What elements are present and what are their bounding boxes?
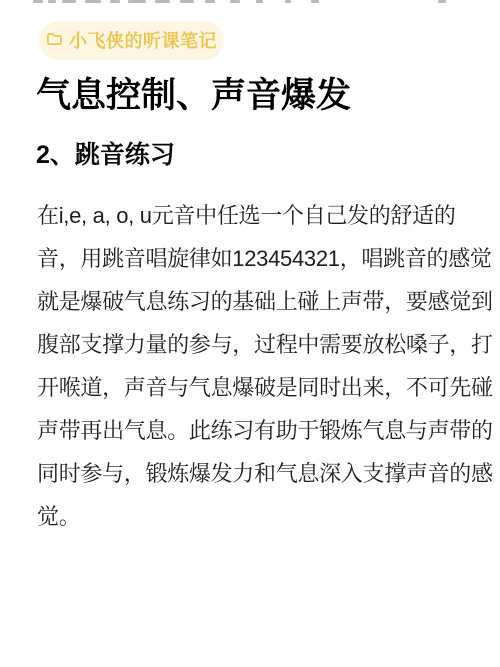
folder-icon xyxy=(46,31,63,48)
paragraph-line: 同时参与，锻炼爆发力和气息深入支撑声音的感 xyxy=(37,452,495,495)
note-card: 小飞侠的听课笔记 气息控制、声音爆发 2、跳音练习 在i,e, a, o, u元… xyxy=(0,0,500,667)
paragraph-line: 音，用跳音唱旋律如123454321，唱跳音的感觉 xyxy=(37,237,495,280)
author-badge[interactable]: 小飞侠的听课笔记 xyxy=(40,21,223,58)
paragraph-line: 声带再出气息。此练习有助于锻炼气息与声带的 xyxy=(37,409,495,452)
paragraph-line: 觉。 xyxy=(37,495,495,538)
paragraph-line: 就是爆破气息练习的基础上碰上声带，要感觉到 xyxy=(37,280,495,323)
paragraph-line: 在i,e, a, o, u元音中任选一个自己发的舒适的 xyxy=(37,194,495,237)
paragraph-line: 腹部支撑力量的参与，过程中需要放松嗓子，打 xyxy=(37,323,495,366)
clipped-top-text xyxy=(0,0,500,6)
note-paragraph: 在i,e, a, o, u元音中任选一个自己发的舒适的音，用跳音唱旋律如1234… xyxy=(37,194,495,538)
paragraph-line: 开喉道，声音与气息爆破是同时出来，不可先碰 xyxy=(37,366,495,409)
note-title: 气息控制、声音爆发 xyxy=(36,74,476,118)
author-badge-label: 小飞侠的听课笔记 xyxy=(69,27,217,53)
section-subheading: 2、跳音练习 xyxy=(36,139,476,171)
